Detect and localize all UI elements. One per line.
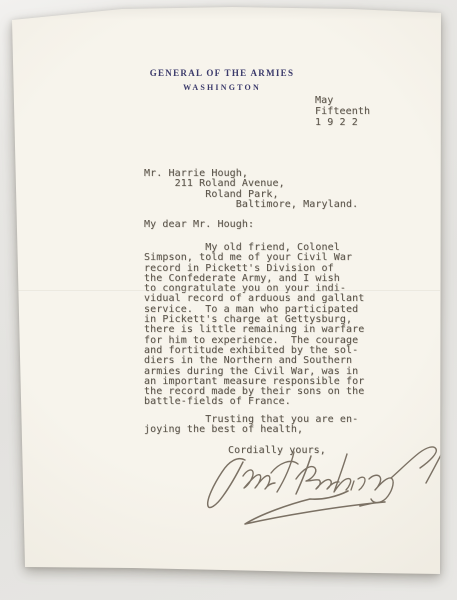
photo-backdrop: GENERAL OF THE ARMIES WASHINGTON May Fif… [0,0,457,600]
letterhead-title: GENERAL OF THE ARMIES [12,68,432,78]
recipient-address: Mr. Harrie Hough, 211 Roland Avenue, Rol… [144,169,358,210]
salutation: My dear Mr. Hough: [144,220,254,230]
fold-crease [12,290,440,292]
letterhead: GENERAL OF THE ARMIES WASHINGTON [12,68,432,92]
body-paragraph-2: Trusting that you are en- joying the bes… [144,415,358,436]
body-paragraph-1: My old friend, Colonel Simpson, told me … [144,243,364,408]
letter-paper: GENERAL OF THE ARMIES WASHINGTON May Fif… [12,6,442,576]
letterhead-city: WASHINGTON [12,83,432,92]
signature-john-j-pershing [198,443,456,541]
date-block: May Fifteenth 1 9 2 2 [315,96,370,128]
